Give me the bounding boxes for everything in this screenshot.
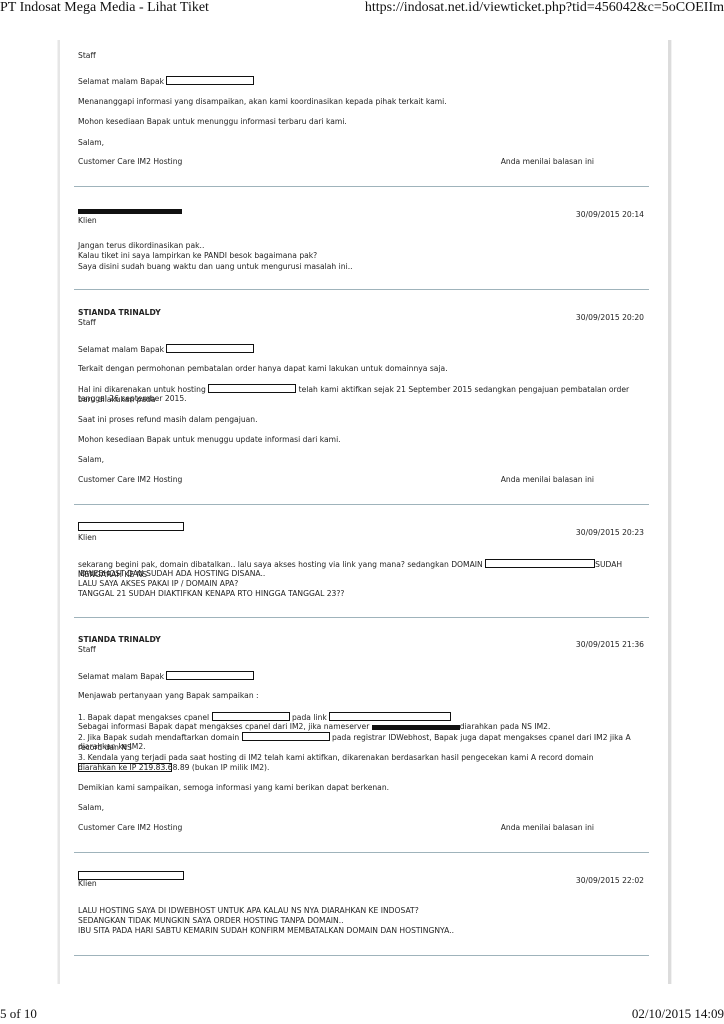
- ticket-reply-client-3: Klien 30/09/2015 22:02 LALU HOSTING SAYA…: [78, 871, 648, 941]
- divider: [74, 852, 649, 853]
- signature: Customer Care IM2 Hosting: [78, 475, 182, 485]
- message-date: 30/09/2015 21:36: [576, 640, 644, 650]
- author-role: Klien: [78, 216, 648, 226]
- message-line: Menjawab pertanyaan yang Bapak sampaikan…: [78, 691, 259, 701]
- message-date: 30/09/2015 20:23: [576, 528, 644, 538]
- redacted-hosting: [208, 384, 296, 393]
- message-line: Mohon kesediaan Bapak untuk menuggu upda…: [78, 435, 341, 445]
- divider: [74, 504, 649, 505]
- page-url: https://indosat.net.id/viewticket.php?ti…: [365, 0, 724, 16]
- message-line: diarahkan ke IP 219.83.68.89 (bukan IP m…: [78, 763, 269, 773]
- ticket-reply-client-2: Klien 30/09/2015 20:23 sekarang begini p…: [78, 522, 648, 602]
- author-name: STIANDA TRINALDY: [78, 308, 648, 318]
- ticket-reply-staff-2: STIANDA TRINALDY Staff 30/09/2015 20:20 …: [78, 308, 648, 488]
- message-line: Mohon kesediaan Bapak untuk menunggu inf…: [78, 117, 347, 127]
- greeting: Selamat malam Bapak: [78, 671, 254, 682]
- author-role: Staff: [78, 51, 648, 61]
- message-line: SEDANGKAN TIDAK MUNGKIN SAYA ORDER HOSTI…: [78, 916, 344, 926]
- message-line: 2. Jika Bapak sudah mendaftarkan domain …: [78, 732, 648, 753]
- signature: Customer Care IM2 Hosting: [78, 823, 182, 833]
- redacted-domain: [485, 559, 595, 568]
- rating-link[interactable]: Anda menilai balasan ini: [501, 823, 594, 833]
- redacted-name: [166, 671, 254, 680]
- divider: [74, 955, 649, 956]
- message-line: Salam,: [78, 138, 104, 148]
- message-line: tanggal 26 september 2015.: [78, 394, 187, 404]
- redacted-link: [329, 712, 451, 721]
- redacted-name: [166, 344, 254, 353]
- message-line: Sebagai informasi Bapak dapat mengakses …: [78, 722, 648, 732]
- message-line: Demikian kami sampaikan, semoga informas…: [78, 783, 389, 793]
- message-line: Saya disini sudah buang waktu dan uang u…: [78, 262, 353, 272]
- signature: Customer Care IM2 Hosting: [78, 157, 182, 167]
- redacted-cpanel: [212, 712, 290, 721]
- message-date: 30/09/2015 22:02: [576, 876, 644, 886]
- ticket-reply-client-1: Klien 30/09/2015 20:14 Jangan terus diko…: [78, 206, 648, 276]
- redacted-author: [78, 522, 184, 531]
- greeting: Selamat malam Bapak: [78, 344, 254, 355]
- message-line: IDWEBHOST DAN SUDAH ADA HOSTING DISANA..: [78, 569, 265, 579]
- print-datetime: 02/10/2015 14:09: [632, 1006, 724, 1022]
- divider: [74, 186, 649, 187]
- message-line: LALU HOSTING SAYA DI IDWEBHOST UNTUK APA…: [78, 906, 419, 916]
- author-name: STIANDA TRINALDY: [78, 635, 648, 645]
- rating-link[interactable]: Anda menilai balasan ini: [501, 475, 594, 485]
- message-line: LALU SAYA AKSES PAKAI IP / DOMAIN APA?: [78, 579, 238, 589]
- message-line: Salam,: [78, 455, 104, 465]
- message-line: diarahkan ke IM2.: [78, 742, 146, 752]
- message-line: Terkait dengan permohonan pembatalan ord…: [78, 364, 448, 374]
- message-line: TANGGAL 21 SUDAH DIAKTIFKAN KENAPA RTO H…: [78, 589, 344, 599]
- message-line: IBU SITA PADA HARI SABTU KEMARIN SUDAH K…: [78, 926, 454, 936]
- message-line: Saat ini proses refund masih dalam penga…: [78, 415, 258, 425]
- page-title: PT Indosat Mega Media - Lihat Tiket: [0, 0, 209, 16]
- ticket-reply-staff-3: STIANDA TRINALDY Staff 30/09/2015 21:36 …: [78, 635, 648, 835]
- divider: [74, 289, 649, 290]
- greeting: Selamat malam Bapak: [78, 76, 254, 87]
- print-header: PT Indosat Mega Media - Lihat Tiket http…: [0, 0, 724, 18]
- author-role: Staff: [78, 318, 648, 328]
- message-date: 30/09/2015 20:20: [576, 313, 644, 323]
- redacted-name: [166, 76, 254, 85]
- author-role: Klien: [78, 533, 648, 543]
- message-line: Menananggapi informasi yang disampaikan,…: [78, 97, 447, 107]
- page-number: 5 of 10: [0, 1006, 37, 1022]
- author-role: Staff: [78, 645, 648, 655]
- message-line: Jangan terus dikordinasikan pak..: [78, 241, 204, 251]
- author-name: [78, 522, 648, 533]
- print-footer: 5 of 10 02/10/2015 14:09: [0, 1006, 724, 1024]
- divider: [74, 617, 649, 618]
- ticket-thread-panel: [58, 40, 671, 984]
- ticket-reply-staff-1: Staff Selamat malam Bapak Menananggapi i…: [78, 51, 648, 171]
- author-name: [78, 206, 648, 216]
- rating-link[interactable]: Anda menilai balasan ini: [501, 157, 594, 167]
- redacted-domain: [242, 732, 330, 741]
- redacted-author: [78, 209, 182, 214]
- message-line: Kalau tiket ini saya lampirkan ke PANDI …: [78, 251, 317, 261]
- message-line: Salam,: [78, 803, 104, 813]
- message-date: 30/09/2015 20:14: [576, 210, 644, 220]
- redacted-nameserver: [372, 725, 460, 730]
